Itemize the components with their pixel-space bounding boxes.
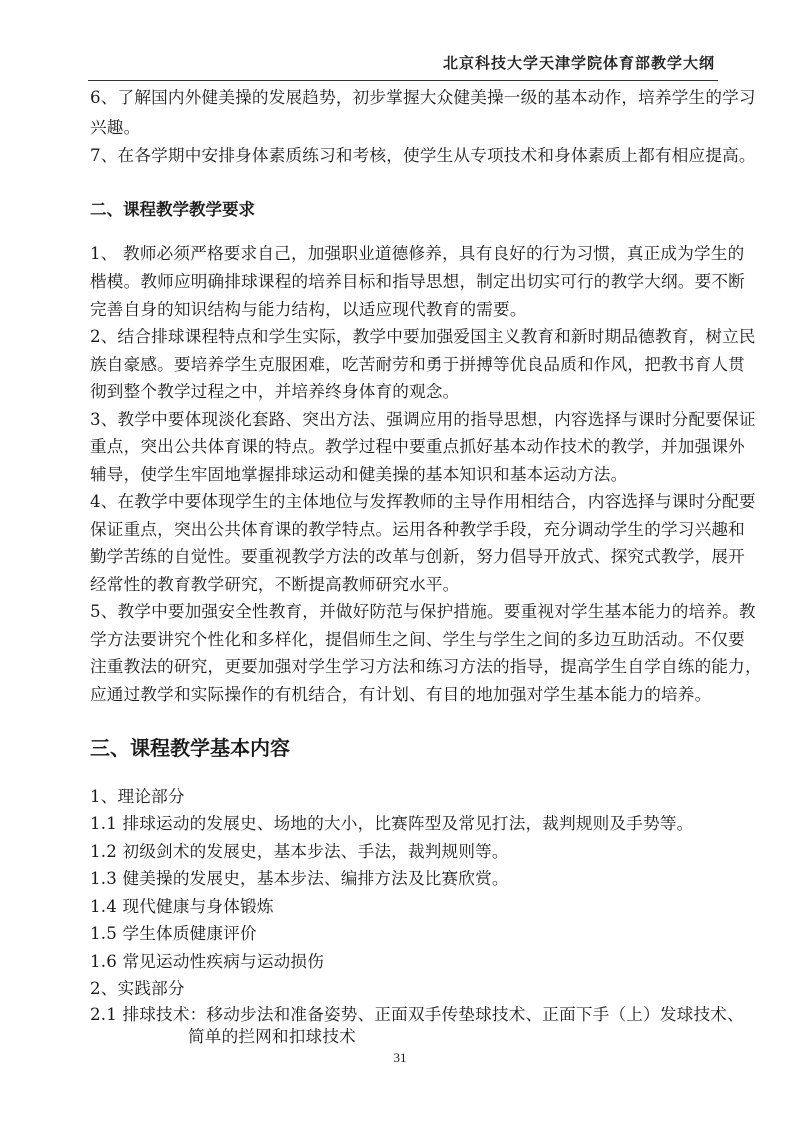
list-item-continuation: 简单的拦网和扣球技术 — [188, 1027, 356, 1047]
paragraph-line: 彻到整个教学过程之中，并培养终身体育的观念。 — [90, 382, 459, 402]
paragraph-line: 勤学苦练的自觉性。要重视教学方法的改革与创新，努力倡导开放式、探究式教学，展开 — [90, 547, 745, 567]
list-item: 1.5 学生体质健康评价 — [90, 924, 257, 944]
paragraph-line: 3、教学中要体现淡化套路、突出方法、强调应用的指导思想，内容选择与课时分配要保证 — [90, 410, 756, 430]
paragraph-line: 保证重点，突出公共体育课的教学特点。运用各种教学手段，充分调动学生的学习兴趣和 — [90, 520, 745, 540]
paragraph-line: 完善自身的知识结构与能力结构，以适应现代教育的需要。 — [90, 300, 527, 320]
section-heading-requirements: 二、课程教学教学要求 — [90, 196, 255, 220]
paragraph-line: 1、 教师必须严格要求自己，加强职业道德修养，具有良好的行为习惯，真正成为学生的 — [90, 244, 744, 264]
list-item: 1.1 排球运动的发展史、场地的大小，比赛阵型及常见打法，裁判规则及手势等。 — [90, 814, 693, 834]
paragraph-line: 4、在教学中要体现学生的主体地位与发挥教师的主导作用相结合，内容选择与课时分配要 — [90, 492, 756, 512]
paragraph-line: 重点，突出公共体育课的特点。教学过程中要重点抓好基本动作技术的教学，并加强课外 — [90, 437, 745, 457]
paragraph-line: 注重教法的研究，更要加强对学生学习方法和练习方法的指导，提高学生自学自练的能力， — [90, 657, 762, 677]
paragraph-line: 兴趣。 — [90, 118, 140, 138]
paragraph-line: 5、教学中要加强安全性教育，并做好防范与保护措施。要重视对学生基本能力的培养。教 — [90, 602, 756, 622]
list-item: 1.6 常见运动性疾病与运动损伤 — [90, 952, 324, 972]
list-item: 2.1 排球技术：移动步法和准备姿势、正面双手传垫球技术、正面下手（上）发球技术… — [90, 1005, 744, 1025]
list-item: 2、实践部分 — [90, 979, 185, 999]
paragraph-line: 2、结合排球课程特点和学生实际，教学中要加强爱国主义教育和新时期品德教育，树立民 — [90, 327, 756, 347]
header-title: 北京科技大学天津学院体育部教学大纲 — [400, 52, 715, 73]
paragraph-line: 辅导，使学生牢固地掌握排球运动和健美操的基本知识和基本运动方法。 — [90, 465, 627, 485]
paragraph-line: 6、了解国内外健美操的发展趋势，初步掌握大众健美操一级的基本动作，培养学生的学习 — [90, 88, 756, 108]
list-item: 1.3 健美操的发展史，基本步法、编排方法及比赛欣赏。 — [90, 869, 509, 889]
page-number: 31 — [0, 1050, 800, 1066]
paragraph-line: 经常性的教育教学研究，不断提高教师研究水平。 — [90, 575, 459, 595]
section-heading-content: 三、课程教学基本内容 — [90, 732, 290, 761]
paragraph-line: 学方法要讲究个性化和多样化，提倡师生之间、学生与学生之间的多边互助活动。不仅要 — [90, 630, 745, 650]
list-item: 1.2 初级剑术的发展史，基本步法、手法，裁判规则等。 — [90, 842, 509, 862]
paragraph-line: 楷模。教师应明确排球课程的培养目标和指导思想，制定出切实可行的教学大纲。要不断 — [90, 272, 745, 292]
list-item: 1、理论部分 — [90, 787, 185, 807]
paragraph-line: 7、在各学期中安排身体素质练习和考核，使学生从专项技术和身体素质上都有相应提高。 — [90, 146, 756, 166]
list-item: 1.4 现代健康与身体锻炼 — [90, 897, 274, 917]
paragraph-line: 族自豪感。要培养学生克服困难，吃苦耐劳和勇于拼搏等优良品质和作风，把教书育人贯 — [90, 355, 745, 375]
header-divider — [88, 80, 718, 81]
paragraph-line: 应通过教学和实际操作的有机结合，有计划、有目的地加强对学生基本能力的培养。 — [90, 685, 711, 705]
